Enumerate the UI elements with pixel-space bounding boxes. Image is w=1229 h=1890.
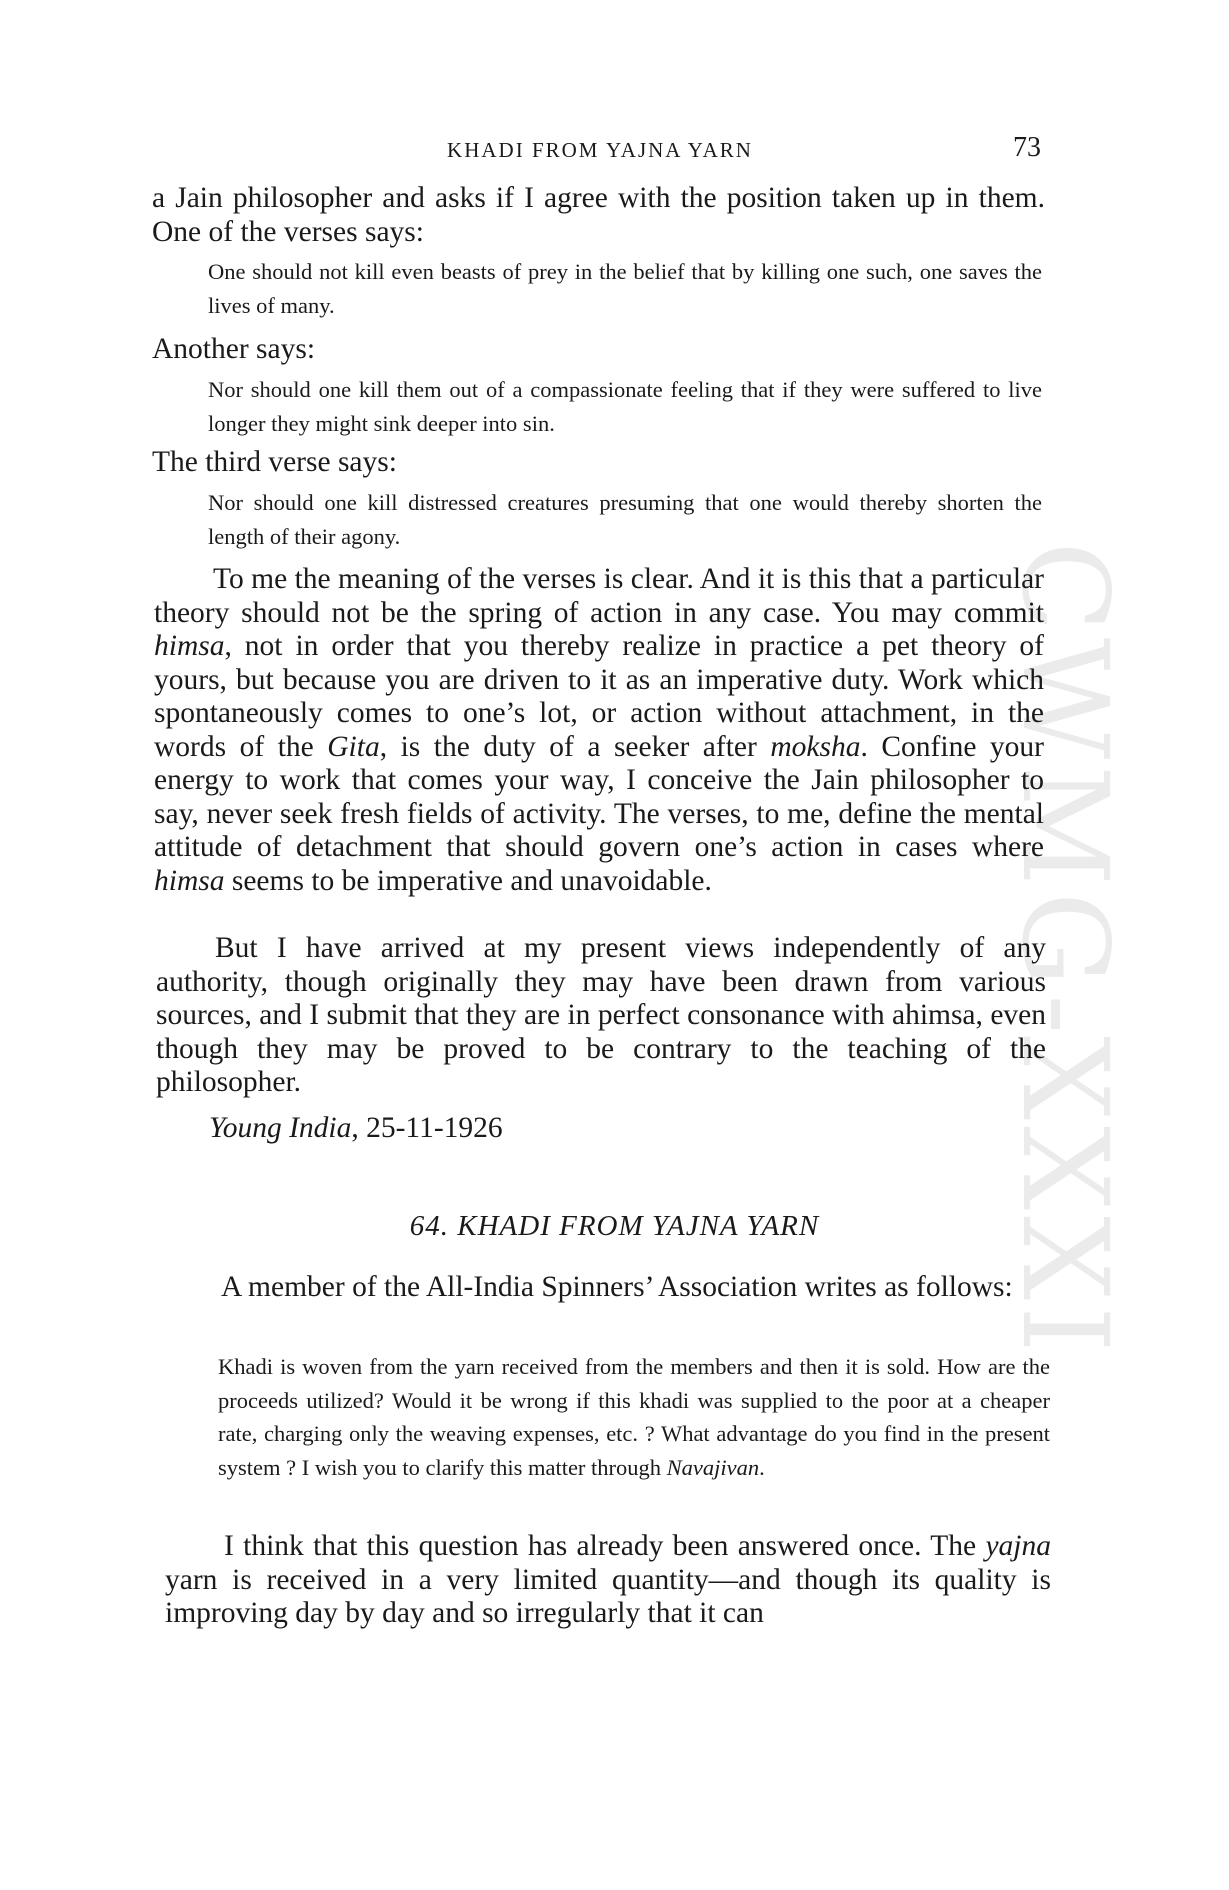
page-number: 73: [1013, 132, 1041, 164]
section-intro: A member of the All-India Spinners’ Asso…: [162, 1271, 1050, 1305]
paragraph-authority: But I have arrived at my present views i…: [156, 932, 1046, 1100]
term-yajna: yajna: [985, 1530, 1051, 1562]
verse-quote-1: One should not kill even beasts of prey …: [208, 255, 1042, 322]
reply-paragraph: I think that this question has already b…: [165, 1530, 1051, 1631]
verse-quote-3: Nor should one kill distressed creatures…: [208, 486, 1042, 553]
paragraph-meaning: To me the meaning of the verses is clear…: [154, 563, 1044, 898]
term-himsa: himsa: [154, 865, 224, 897]
letter-quote: Khadi is woven from the yarn received fr…: [218, 1350, 1050, 1484]
running-head: KHADI FROM YAJNA YARN: [155, 138, 1045, 163]
verse-quote-2: Nor should one kill them out of a compas…: [208, 373, 1042, 440]
section-title: 64. KHADI FROM YAJNA YARN: [0, 1210, 1229, 1243]
term-gita: Gita: [327, 731, 379, 763]
page-header: KHADI FROM YAJNA YARN 73: [155, 132, 1045, 172]
term-navajivan: Navajivan: [667, 1455, 759, 1480]
term-himsa: himsa: [154, 630, 224, 662]
verse-lead-2: Another says:: [152, 333, 315, 367]
term-moksha: moksha: [770, 731, 860, 763]
verse-lead-3: The third verse says:: [152, 446, 397, 480]
intro-paragraph: a Jain philosopher and asks if I agree w…: [152, 182, 1045, 249]
source-citation: Young India, 25-11-1926: [209, 1112, 503, 1145]
publication-date: , 25-11-1926: [351, 1112, 502, 1144]
document-page: CWMG-XXXI KHADI FROM YAJNA YARN 73 a Jai…: [0, 0, 1229, 1890]
publication-name: Young India: [209, 1112, 351, 1144]
